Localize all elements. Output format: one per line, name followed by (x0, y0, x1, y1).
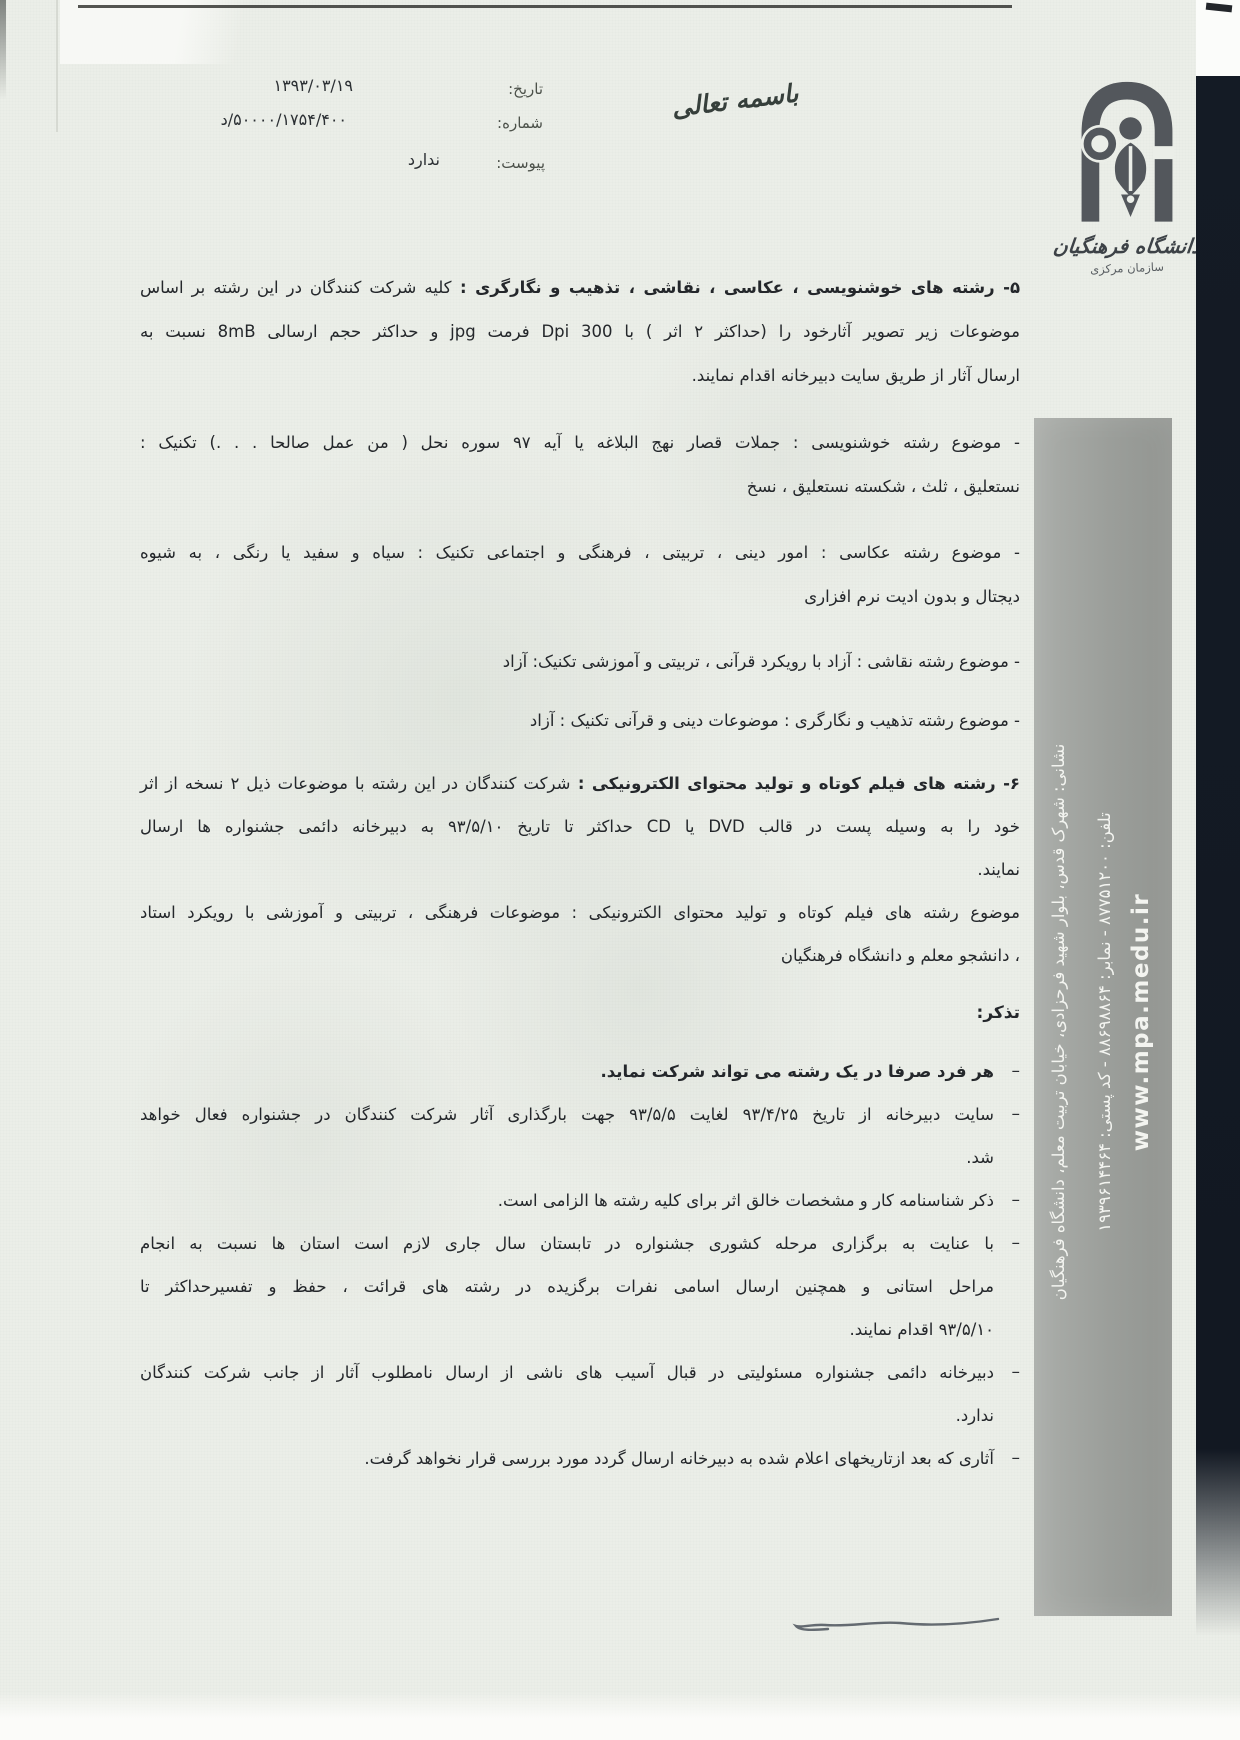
text-segment: کلیه شرکت کنندگان در این رشته بر اساس (140, 278, 452, 297)
body-line: - موضوع رشته تذهیب و نگارگری : موضوعات د… (140, 699, 1020, 743)
body-line: هر فرد صرفا در یک رشته می تواند شرکت نما… (140, 1050, 994, 1093)
pen-underline-scribble (790, 1614, 1005, 1636)
notice-bullet: –هر فرد صرفا در یک رشته می تواند شرکت نم… (140, 1050, 1020, 1093)
body-line: - موضوع رشته عکاسی : امور دینی ، تربیتی … (140, 531, 1020, 575)
bullet-text: با عنایت به برگزاری مرحله کشوری جشنواره … (140, 1222, 994, 1351)
bullet-text: هر فرد صرفا در یک رشته می تواند شرکت نما… (140, 1050, 994, 1093)
text-segment: آثاری که بعد ازتاریخهای اعلام شده به دبی… (364, 1449, 994, 1468)
text-segment: مراحل استانی و همچنین ارسال اسامی نفرات … (140, 1277, 994, 1296)
bullet-dash: – (994, 1093, 1020, 1136)
body-line: نستعلیق ، ثلث ، شکسته نستعلیق ، نسخ (140, 465, 1020, 509)
body-line: ارسال آثار از طریق سایت دبیرخانه اقدام ن… (140, 354, 1020, 398)
body-line: دبیرخانه دائمی جشنواره مسئولیتی در قبال … (140, 1351, 994, 1394)
notice-bullet: –با عنایت به برگزاری مرحله کشوری جشنواره… (140, 1222, 1020, 1351)
notice-bullet: –ذکر شناسنامه کار و مشخصات خالق اثر برای… (140, 1179, 1020, 1222)
body-line: موضوعات زیر تصویر آثارخود را (حداکثر ۲ ا… (140, 310, 1020, 354)
body-paragraph: ۵- رشته های خوشنویسی ، عکاسی ، نقاشی ، ت… (140, 266, 1020, 398)
notice-bullet: –سایت دبیرخانه از تاریخ ۹۳/۴/۲۵ لغایت ۹۳… (140, 1093, 1020, 1179)
scan-edge-artifact (56, 0, 58, 132)
attachment-label: پیوست: (496, 154, 545, 172)
scanned-letter-page: تاریخ: ۱۳۹۳/۰۳/۱۹ شماره: د/۵۰۰۰۰/۱۷۵۴/۴۰… (0, 0, 1240, 1740)
bold-text-segment: هر فرد صرفا در یک رشته می تواند شرکت نما… (600, 1062, 994, 1081)
notice-bullets: –هر فرد صرفا در یک رشته می تواند شرکت نم… (140, 1050, 1020, 1480)
body-line: خود را به وسیله پست در قالب DVD یا CD حد… (140, 805, 1020, 848)
body-line: ، دانشجو معلم و دانشگاه فرهنگیان (140, 934, 1020, 977)
bold-text-segment: ۵- رشته های خوشنویسی ، عکاسی ، نقاشی ، ت… (452, 278, 1020, 297)
text-segment: خود را به وسیله پست در قالب DVD یا CD حد… (140, 817, 1020, 836)
body-paragraph: - موضوع رشته خوشنویسی : جملات قصار نهج ا… (140, 421, 1020, 509)
body-paragraph: - موضوع رشته عکاسی : امور دینی ، تربیتی … (140, 531, 1020, 619)
body-paragraph: - موضوع رشته تذهیب و نگارگری : موضوعات د… (140, 699, 1020, 743)
text-segment: نمایند. (977, 860, 1020, 879)
text-segment: موضوعات زیر تصویر آثارخود را (حداکثر ۲ ا… (140, 322, 1020, 341)
text-segment: - موضوع رشته تذهیب و نگارگری : موضوعات د… (530, 711, 1020, 730)
scan-bottom-edge (0, 1692, 1240, 1740)
text-segment: ذکر شناسنامه کار و مشخصات خالق اثر برای … (498, 1191, 994, 1210)
university-emblem-icon (1068, 80, 1186, 230)
text-segment: - موضوع رشته خوشنویسی : جملات قصار نهج ا… (140, 433, 1020, 452)
bullet-dash: – (994, 1179, 1020, 1222)
band-contact-text: تلفن: ۸۷۷۵۱۲۰۰ - نمابر: ۸۸۶۹۸۸۶۴ - کد پس… (1088, 432, 1122, 1612)
body-line: ۹۳/۵/۱۰ اقدام نمایند. (140, 1308, 994, 1351)
body-line: آثاری که بعد ازتاریخهای اعلام شده به دبی… (140, 1437, 994, 1480)
logo-organization-name: سازمان مرکزی (1052, 258, 1202, 277)
body-line: ۵- رشته های خوشنویسی ، عکاسی ، نقاشی ، ت… (140, 266, 1020, 310)
text-segment: سایت دبیرخانه از تاریخ ۹۳/۴/۲۵ لغایت ۹۳/… (140, 1105, 994, 1124)
bullet-dash: – (994, 1222, 1020, 1265)
text-segment: نستعلیق ، ثلث ، شکسته نستعلیق ، نسخ (747, 477, 1020, 496)
bullet-text: ذکر شناسنامه کار و مشخصات خالق اثر برای … (140, 1179, 994, 1222)
body-line: ۶- رشته های فیلم کوتاه و تولید محتوای ال… (140, 762, 1020, 805)
bullet-dash: – (994, 1351, 1020, 1394)
date-value: ۱۳۹۳/۰۳/۱۹ (273, 76, 353, 95)
text-segment: - موضوع رشته عکاسی : امور دینی ، تربیتی … (140, 543, 1020, 562)
text-segment: موضوع رشته های فیلم کوتاه و تولید محتوای… (140, 903, 1020, 922)
bold-text-segment: ۶- رشته های فیلم کوتاه و تولید محتوای ال… (570, 774, 1020, 793)
text-segment: دبیرخانه دائمی جشنواره مسئولیتی در قبال … (140, 1363, 994, 1382)
body-line: با عنایت به برگزاری مرحله کشوری جشنواره … (140, 1222, 994, 1265)
letter-body: ۵- رشته های خوشنویسی ، عکاسی ، نقاشی ، ت… (140, 266, 1020, 1480)
text-segment: - موضوع رشته نقاشی : آزاد با رویکرد قرآن… (503, 652, 1020, 671)
logo-university-name: دانشگاه فرهنگیان (1051, 234, 1204, 258)
body-line: ذکر شناسنامه کار و مشخصات خالق اثر برای … (140, 1179, 994, 1222)
band-address-text: نشانی: شهرک قدس، بلوار شهید فرحزادی، خیا… (1042, 432, 1076, 1612)
body-line: شد. (140, 1136, 994, 1179)
notice-heading: تذکر: (140, 991, 1020, 1035)
text-segment: ندارد. (956, 1406, 994, 1425)
body-line: - موضوع رشته نقاشی : آزاد با رویکرد قرآن… (140, 640, 1020, 684)
body-line: نمایند. (140, 848, 1020, 891)
notice-bullet: –دبیرخانه دائمی جشنواره مسئولیتی در قبال… (140, 1351, 1020, 1437)
text-segment: ارسال آثار از طریق سایت دبیرخانه اقدام ن… (692, 366, 1020, 385)
body-line: ندارد. (140, 1394, 994, 1437)
text-segment: ، دانشجو معلم و دانشگاه فرهنگیان (781, 946, 1020, 965)
date-label: تاریخ: (508, 80, 543, 98)
body-line: سایت دبیرخانه از تاریخ ۹۳/۴/۲۵ لغایت ۹۳/… (140, 1093, 994, 1136)
bullet-text: آثاری که بعد ازتاریخهای اعلام شده به دبی… (140, 1437, 994, 1480)
attachment-value: ندارد (408, 150, 440, 169)
body-line: دیجتال و بدون ادیت نرم افزاری (140, 575, 1020, 619)
scan-corner-artifact (1196, 0, 1240, 76)
text-segment: شرکت کنندگان در این رشته با موضوعات ذیل … (140, 774, 570, 793)
scan-edge-artifact (78, 5, 1012, 8)
text-segment: ۹۳/۵/۱۰ اقدام نمایند. (850, 1320, 995, 1339)
text-segment: شد. (966, 1148, 994, 1167)
scan-edge-artifact (0, 0, 6, 100)
scan-dark-edge (1196, 76, 1240, 1636)
bullet-text: دبیرخانه دائمی جشنواره مسئولیتی در قبال … (140, 1351, 994, 1437)
notice-bullet: –آثاری که بعد ازتاریخهای اعلام شده به دب… (140, 1437, 1020, 1480)
bullet-dash: – (994, 1050, 1020, 1093)
band-website-text: www.mpa.medu.ir (1124, 432, 1158, 1612)
body-paragraph: - موضوع رشته نقاشی : آزاد با رویکرد قرآن… (140, 640, 1020, 684)
body-line: موضوع رشته های فیلم کوتاه و تولید محتوای… (140, 891, 1020, 934)
body-paragraphs: ۵- رشته های خوشنویسی ، عکاسی ، نقاشی ، ت… (140, 266, 1020, 977)
bullet-text: سایت دبیرخانه از تاریخ ۹۳/۴/۲۵ لغایت ۹۳/… (140, 1093, 994, 1179)
text-segment: با عنایت به برگزاری مرحله کشوری جشنواره … (140, 1234, 994, 1253)
bismillah-calligraphy: باسمه تعالی (654, 76, 816, 124)
letter-number-label: شماره: (497, 114, 543, 132)
university-logo: دانشگاه فرهنگیان سازمان مرکزی (1052, 80, 1202, 275)
scan-corner-artifact (60, 0, 360, 64)
body-line: مراحل استانی و همچنین ارسال اسامی نفرات … (140, 1265, 994, 1308)
body-line: - موضوع رشته خوشنویسی : جملات قصار نهج ا… (140, 421, 1020, 465)
text-segment: دیجتال و بدون ادیت نرم افزاری (804, 587, 1020, 606)
bullet-dash: – (994, 1437, 1020, 1480)
body-paragraph: ۶- رشته های فیلم کوتاه و تولید محتوای ال… (140, 762, 1020, 977)
letter-number-value: د/۵۰۰۰۰/۱۷۵۴/۴۰۰ (221, 110, 347, 129)
